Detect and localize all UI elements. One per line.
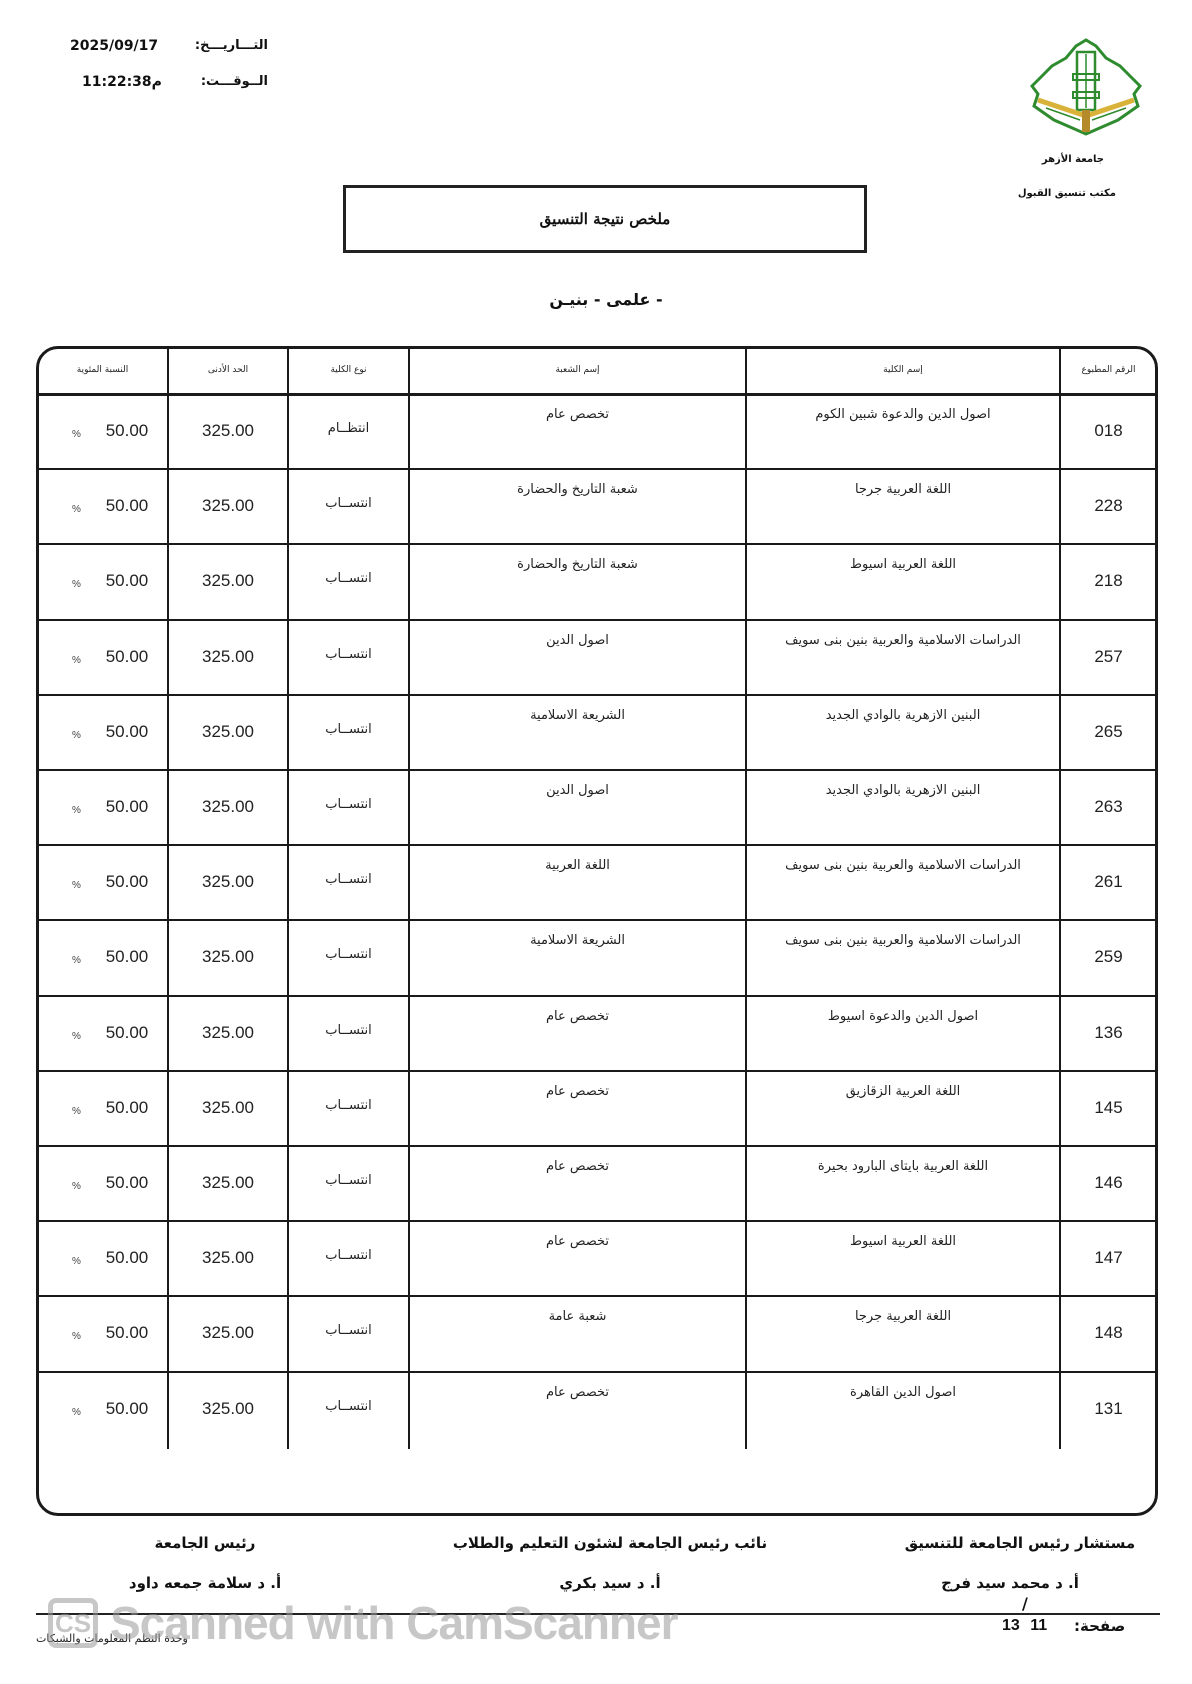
cell-min: 325.00 [169, 872, 287, 892]
signature-name-vice-president: أ. د سيد بكري [460, 1574, 760, 1592]
row-divider [36, 1220, 1158, 1222]
percent-sign: % [72, 504, 81, 515]
report-title: ملخص نتيجة التنسيق [540, 210, 671, 228]
cell-college: اصول الدين القاهرة [747, 1385, 1059, 1400]
cell-college: اللغة العربية بايتاى البارود بحيرة [747, 1159, 1059, 1174]
percent-sign: % [72, 955, 81, 966]
row-divider [36, 543, 1158, 545]
cell-min: 325.00 [169, 947, 287, 967]
cell-type: انتظــام [289, 421, 408, 436]
cell-min: 325.00 [169, 1399, 287, 1419]
cell-min: 325.00 [169, 1248, 287, 1268]
cell-branch: شعبة عامة [410, 1309, 745, 1324]
row-divider [36, 468, 1158, 470]
university-logo [1022, 36, 1150, 140]
cell-type: انتســاب [289, 1023, 408, 1038]
row-divider [36, 919, 1158, 921]
cell-branch: تخصص عام [410, 1159, 745, 1174]
page-numbers: 13 11 [1002, 1617, 1047, 1635]
row-divider [36, 619, 1158, 621]
cell-code: 265 [1061, 722, 1156, 742]
cell-percent: 50.00 [92, 722, 162, 742]
percent-sign: % [72, 1106, 81, 1117]
cell-percent: 50.00 [92, 1399, 162, 1419]
cell-college: اللغة العربية جرجا [747, 1309, 1059, 1324]
header-divider [36, 393, 1158, 396]
cell-min: 325.00 [169, 1323, 287, 1343]
report-subtitle: - علمى - بنيـن [0, 290, 1192, 309]
signature-name-president: أ. د سلامة جمعه داود [80, 1574, 330, 1592]
cell-type: انتســاب [289, 1248, 408, 1263]
row-divider [36, 1295, 1158, 1297]
cell-code: 228 [1061, 496, 1156, 516]
al-azhar-emblem-icon [1022, 36, 1150, 140]
row-divider [36, 1145, 1158, 1147]
cell-percent: 50.00 [92, 1323, 162, 1343]
row-divider [36, 769, 1158, 771]
cell-code: 145 [1061, 1098, 1156, 1118]
cell-min: 325.00 [169, 496, 287, 516]
cell-college: اصول الدين والدعوة شبين الكوم [747, 407, 1059, 422]
percent-sign: % [72, 730, 81, 741]
col-header-min: الحد الأدنى [169, 365, 287, 375]
university-name: جامعة الأزهر [1042, 154, 1104, 165]
cell-min: 325.00 [169, 722, 287, 742]
cell-code: 261 [1061, 872, 1156, 892]
cell-code: 148 [1061, 1323, 1156, 1343]
signature-title-coordination-advisor: مستشار رئيس الجامعة للتنسيق [850, 1534, 1190, 1552]
cell-branch: تخصص عام [410, 1385, 745, 1400]
cell-percent: 50.00 [92, 571, 162, 591]
page-slash: / [1022, 1594, 1028, 1613]
cell-branch: الشريعة الاسلامية [410, 708, 745, 723]
cell-code: 218 [1061, 571, 1156, 591]
time-text: م11:22:38 [82, 74, 162, 90]
date-value: 2025/09/17 [70, 38, 158, 54]
cell-percent: 50.00 [92, 797, 162, 817]
cell-code: 147 [1061, 1248, 1156, 1268]
cell-type: انتســاب [289, 1173, 408, 1188]
page-current: 11 [1030, 1617, 1047, 1634]
row-divider [36, 694, 1158, 696]
percent-sign: % [72, 429, 81, 440]
time-label: الــوقـــت: [188, 74, 268, 89]
cell-percent: 50.00 [92, 647, 162, 667]
cell-college: البنين الازهرية بالوادي الجديد [747, 708, 1059, 723]
cell-branch: الشريعة الاسلامية [410, 933, 745, 948]
cell-percent: 50.00 [92, 1023, 162, 1043]
percent-sign: % [72, 579, 81, 590]
cell-branch: تخصص عام [410, 407, 745, 422]
cell-branch: تخصص عام [410, 1084, 745, 1099]
column-divider [287, 346, 289, 1449]
percent-sign: % [72, 805, 81, 816]
cell-branch: اصول الدين [410, 783, 745, 798]
page-label: صفحة: [1074, 1617, 1125, 1635]
row-divider [36, 995, 1158, 997]
col-header-type: نوع الكلية [289, 365, 408, 375]
cell-code: 136 [1061, 1023, 1156, 1043]
cell-branch: اصول الدين [410, 633, 745, 648]
cell-college: الدراسات الاسلامية والعربية بنين بنى سوي… [747, 858, 1059, 873]
percent-sign: % [72, 1407, 81, 1418]
cell-college: اللغة العربية اسيوط [747, 1234, 1059, 1249]
cell-type: انتســاب [289, 496, 408, 511]
cell-percent: 50.00 [92, 1098, 162, 1118]
camscanner-watermark: CS Scanned with CamScanner [48, 1596, 678, 1650]
cell-percent: 50.00 [92, 496, 162, 516]
cell-college: اصول الدين والدعوة اسيوط [747, 1009, 1059, 1024]
signature-name-coordination-advisor: أ. د محمد سيد فرج [860, 1574, 1160, 1592]
cell-percent: 50.00 [92, 1248, 162, 1268]
column-divider [745, 346, 747, 1449]
cell-code: 146 [1061, 1173, 1156, 1193]
row-divider [36, 1070, 1158, 1072]
time-value: م11:22:38 [82, 74, 162, 90]
percent-sign: % [72, 1331, 81, 1342]
cell-branch: تخصص عام [410, 1009, 745, 1024]
cell-branch: شعبة التاريخ والحضارة [410, 482, 745, 497]
row-divider [36, 1371, 1158, 1373]
page-total: 13 [1002, 1617, 1020, 1634]
percent-sign: % [72, 880, 81, 891]
cell-min: 325.00 [169, 647, 287, 667]
cell-percent: 50.00 [92, 421, 162, 441]
col-header-code: الرقم المطبوع [1061, 365, 1156, 375]
cell-college: الدراسات الاسلامية والعربية بنين بنى سوي… [747, 933, 1059, 948]
column-divider [408, 346, 410, 1449]
cell-type: انتســاب [289, 872, 408, 887]
cell-branch: شعبة التاريخ والحضارة [410, 557, 745, 572]
cell-code: 257 [1061, 647, 1156, 667]
cell-min: 325.00 [169, 571, 287, 591]
cell-min: 325.00 [169, 797, 287, 817]
percent-sign: % [72, 1031, 81, 1042]
cell-percent: 50.00 [92, 947, 162, 967]
col-header-percent: النسبة المئوية [38, 365, 167, 375]
cell-type: انتســاب [289, 722, 408, 737]
report-title-box: ملخص نتيجة التنسيق [343, 185, 867, 253]
row-divider [36, 844, 1158, 846]
cell-percent: 50.00 [92, 1173, 162, 1193]
col-header-branch: إسم الشعبة [410, 365, 745, 375]
cell-branch: اللغة العربية [410, 858, 745, 873]
cell-college: اللغة العربية جرجا [747, 482, 1059, 497]
cell-min: 325.00 [169, 421, 287, 441]
cell-code: 263 [1061, 797, 1156, 817]
cell-college: اللغة العربية اسيوط [747, 557, 1059, 572]
cell-type: انتســاب [289, 797, 408, 812]
percent-sign: % [72, 655, 81, 666]
cell-college: الدراسات الاسلامية والعربية بنين بنى سوي… [747, 633, 1059, 648]
cell-code: 259 [1061, 947, 1156, 967]
watermark-text: Scanned with CamScanner [110, 1596, 678, 1650]
cell-college: البنين الازهرية بالوادي الجديد [747, 783, 1059, 798]
cell-min: 325.00 [169, 1098, 287, 1118]
cell-type: انتســاب [289, 1323, 408, 1338]
cell-percent: 50.00 [92, 872, 162, 892]
cell-min: 325.00 [169, 1173, 287, 1193]
date-label: التـــاريـــخ: [188, 38, 268, 53]
office-name: مكتب تنسيق القبول [1018, 188, 1116, 199]
cell-type: انتســاب [289, 647, 408, 662]
cell-type: انتســاب [289, 571, 408, 586]
percent-sign: % [72, 1181, 81, 1192]
percent-sign: % [72, 1256, 81, 1267]
cell-code: 131 [1061, 1399, 1156, 1419]
signature-title-vice-president: نائب رئيس الجامعة لشئون التعليم والطلاب [440, 1534, 780, 1552]
col-header-college: إسم الكلية [747, 365, 1059, 375]
cell-college: اللغة العربية الزقازيق [747, 1084, 1059, 1099]
cell-branch: تخصص عام [410, 1234, 745, 1249]
camscanner-logo-icon: CS [48, 1598, 98, 1648]
cell-min: 325.00 [169, 1023, 287, 1043]
cell-type: انتســاب [289, 947, 408, 962]
cell-type: انتســاب [289, 1098, 408, 1113]
cell-type: انتســاب [289, 1399, 408, 1414]
cell-code: 018 [1061, 421, 1156, 441]
signature-title-president: رئيس الجامعة [80, 1534, 330, 1552]
